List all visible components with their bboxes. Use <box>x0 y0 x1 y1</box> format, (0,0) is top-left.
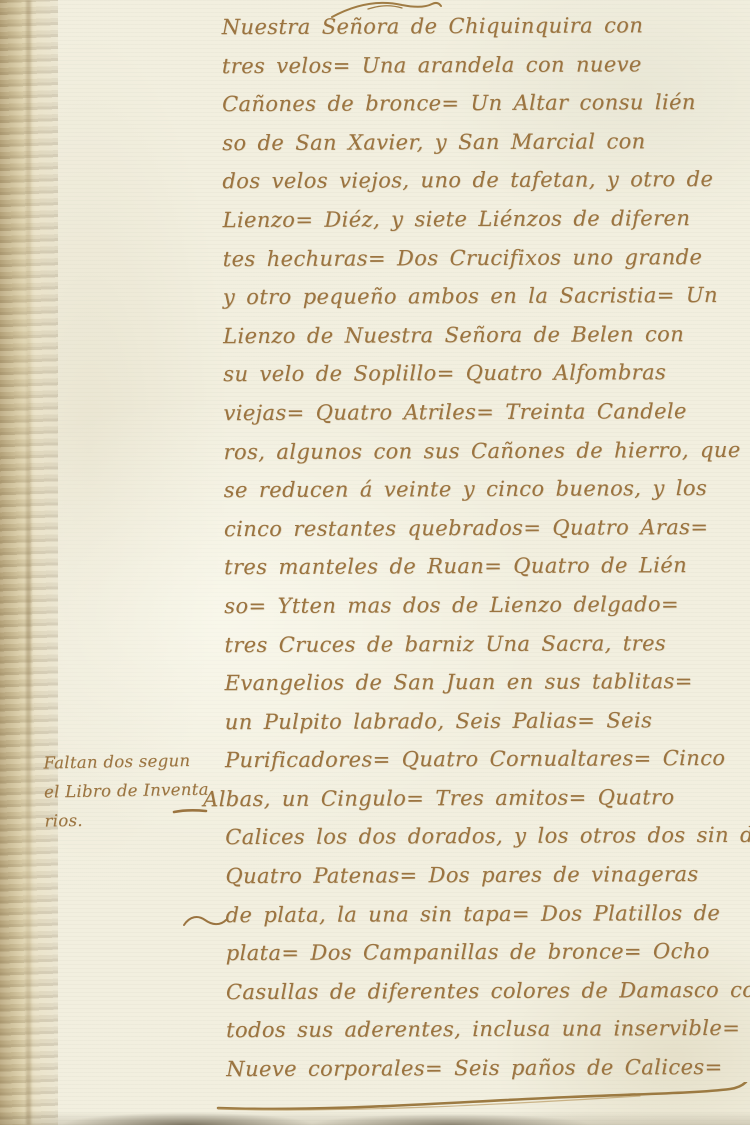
manuscript-line: tres manteles de Ruan= Quatro de Lién <box>224 546 748 587</box>
manuscript-line: cinco restantes quebrados= Quatro Aras= <box>224 508 748 549</box>
margin-note: Faltan dos segun el Libro de Inventa rio… <box>43 745 219 835</box>
manuscript-line: de plata, la una sin tapa= Dos Platillos… <box>226 894 750 935</box>
margin-note-line: el Libro de Inventa <box>44 774 219 806</box>
manuscript-line: Nueve corporales= Seis paños de Calices= <box>226 1048 750 1089</box>
margin-note-line: Faltan dos segun <box>43 745 218 777</box>
manuscript-line: tres velos= Una arandela con nueve <box>222 44 746 85</box>
manuscript-line: plata= Dos Campanillas de bronce= Ocho <box>226 932 750 973</box>
manuscript-text-block: Nuestra Señora de Chiquinquira con tres … <box>222 6 750 1089</box>
manuscript-line: Evangelios de San Juan en sus tablitas= <box>225 662 749 703</box>
manuscript-line: Lienzo de Nuestra Señora de Belen con <box>223 315 747 356</box>
manuscript-line: todos sus aderentes, inclusa una inservi… <box>226 1009 750 1050</box>
manuscript-line: Albas, un Cingulo= Tres amitos= Quatro <box>203 778 749 819</box>
manuscript-line: viejas= Quatro Atriles= Treinta Candele <box>223 392 747 433</box>
manuscript-line: ros, algunos con sus Cañones de hierro, … <box>223 430 747 471</box>
manuscript-line: un Pulpito labrado, Seis Palias= Seis <box>225 701 749 742</box>
manuscript-line: Purificadores= Quatro Cornualtares= Cinc… <box>225 739 749 780</box>
scan-bottom-shadow <box>0 1111 750 1125</box>
binding-edge <box>0 0 58 1125</box>
manuscript-line: Calices los dos dorados, y los otros dos… <box>225 816 749 857</box>
manuscript-line: y otro pequeño ambos en la Sacristia= Un <box>223 276 747 317</box>
manuscript-line: su velo de Soplillo= Quatro Alfombras <box>223 353 747 394</box>
manuscript-line: Quatro Patenas= Dos pares de vinageras <box>225 855 749 896</box>
manuscript-line: se reducen á veinte y cinco buenos, y lo… <box>224 469 748 510</box>
manuscript-line: tes hechuras= Dos Crucifixos uno grande <box>223 237 747 278</box>
manuscript-line: dos velos viejos, uno de tafetan, y otro… <box>222 160 746 201</box>
manuscript-line: Lienzo= Diéz, y siete Liénzos de diferen <box>222 199 746 240</box>
manuscript-line: Cañones de bronce= Un Altar consu lién <box>222 83 746 124</box>
manuscript-line: so de San Xavier, y San Marcial con <box>222 122 746 163</box>
manuscript-line: so= Ytten mas dos de Lienzo delgado= <box>224 585 748 626</box>
manuscript-line: tres Cruces de barniz Una Sacra, tres <box>224 623 748 664</box>
manuscript-line: Nuestra Señora de Chiquinquira con <box>222 6 746 47</box>
margin-note-line: rios. <box>44 803 219 835</box>
manuscript-line: Casullas de diferentes colores de Damasc… <box>226 971 750 1012</box>
